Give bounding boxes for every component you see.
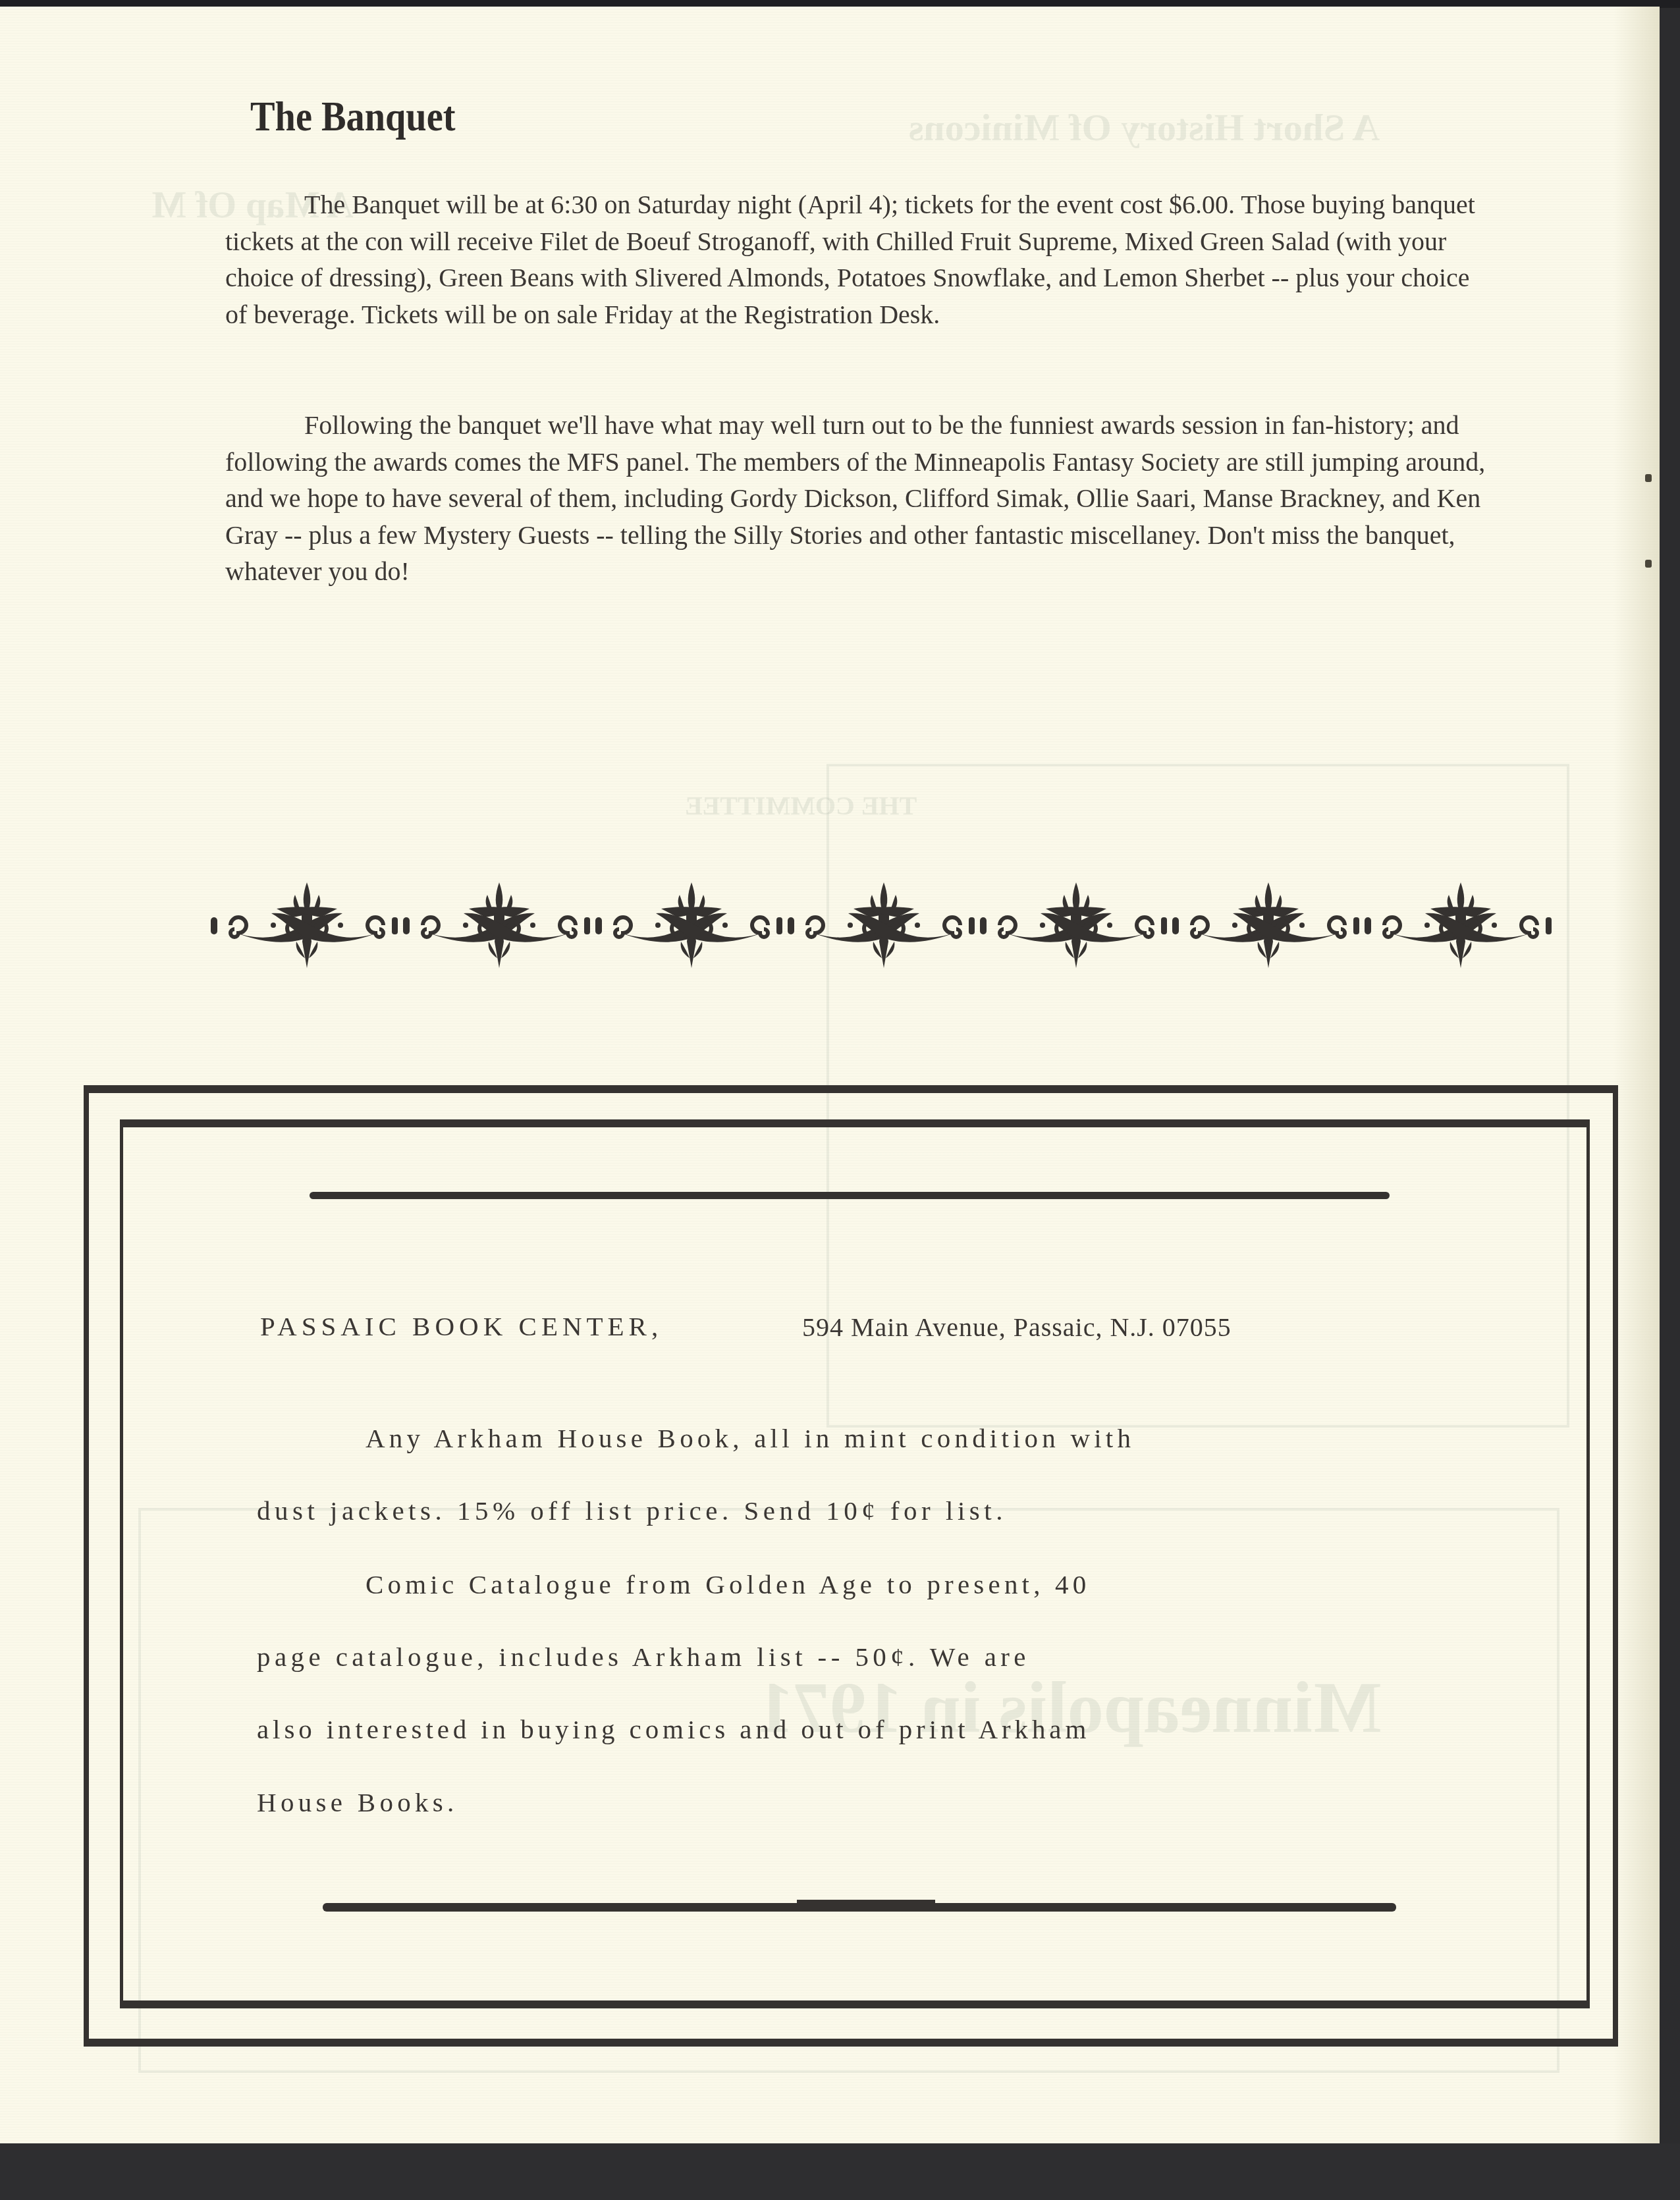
ad-address: 594 Main Avenue, Passaic, N.J. 07055 — [802, 1312, 1232, 1343]
bleed-through-fragment: THE COMMITTEE — [685, 790, 917, 821]
fleur-de-lis-border-icon — [211, 879, 1561, 971]
staple-mark — [1645, 474, 1652, 482]
ad-text-line: dust jackets. 15% off list price. Send 1… — [257, 1495, 1007, 1526]
paragraph-text: The Banquet will be at 6:30 on Saturday … — [225, 186, 1496, 333]
article-paragraph: Following the banquet we'll have what ma… — [225, 407, 1496, 590]
ad-text-line: also interested in buying comics and out… — [257, 1713, 1090, 1745]
article-paragraph: The Banquet will be at 6:30 on Saturday … — [225, 186, 1496, 333]
ad-text-line: Comic Catalogue from Golden Age to prese… — [366, 1569, 1090, 1600]
staple-mark — [1645, 560, 1652, 568]
scan-bottom-edge — [0, 2143, 1680, 2200]
rule-ornament-bump — [797, 1900, 935, 1905]
ad-text-line: House Books. — [257, 1786, 458, 1818]
decorative-rule-bottom — [323, 1903, 1396, 1912]
decorative-rule-top — [310, 1192, 1390, 1199]
paragraph-text: Following the banquet we'll have what ma… — [225, 407, 1496, 590]
page-curve-shadow — [1613, 7, 1660, 2143]
ad-text-line: page catalogue, includes Arkham list -- … — [257, 1641, 1030, 1673]
bleed-through-title: A Short History Of Minicons — [909, 105, 1380, 149]
ad-text-line: Any Arkham House Book, all in mint condi… — [366, 1422, 1135, 1454]
advertisement-inner-frame — [120, 1119, 1590, 2008]
ad-business-name: PASSAIC BOOK CENTER, — [260, 1310, 663, 1342]
article-title: The Banquet — [250, 92, 455, 141]
